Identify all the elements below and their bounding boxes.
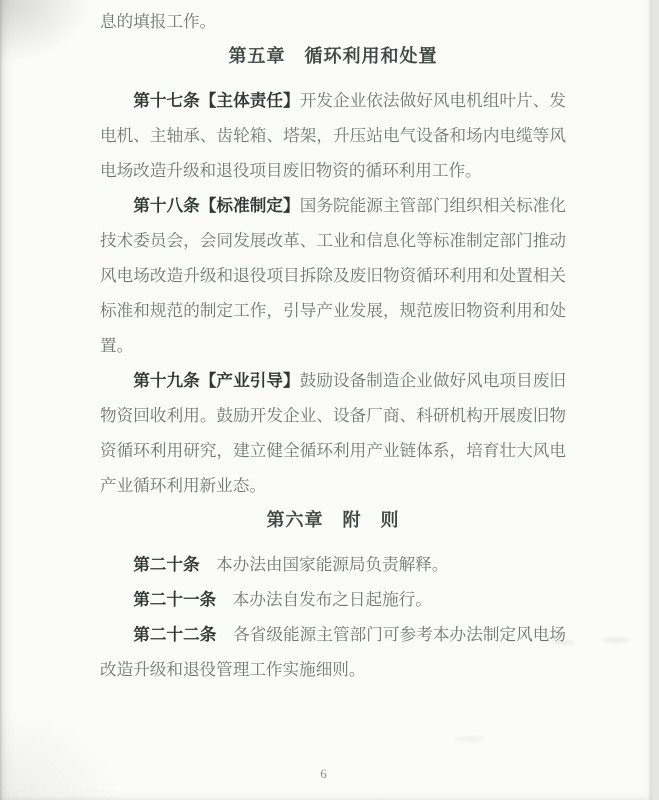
article-17-lead: 第十七条【主体责任】 bbox=[133, 91, 300, 110]
page-number: 6 bbox=[0, 766, 647, 782]
article-17-paragraph: 第十七条【主体责任】开发企业依法做好风电机组叶片、发电机、主轴承、齿轮箱、塔架，… bbox=[100, 83, 566, 188]
chapter6-heading: 第六章 附 则 bbox=[100, 503, 566, 538]
article-22-lead: 第二十二条 bbox=[133, 625, 216, 644]
scanned-document-page: 息的填报工作。 第五章 循环利用和处置 第十七条【主体责任】开发企业依法做好风电… bbox=[0, 0, 659, 800]
article-21-paragraph: 第二十一条 本办法自发布之日起施行。 bbox=[100, 582, 566, 617]
article-21-body: 本办法自发布之日起施行。 bbox=[216, 590, 432, 609]
article-20-body: 本办法由国家能源局负责解释。 bbox=[200, 555, 449, 574]
article-19-paragraph: 第十九条【产业引导】鼓励设备制造企业做好风电项目废旧物资回收利用。鼓励开发企业、… bbox=[100, 363, 566, 503]
article-22-paragraph: 第二十二条 各省级能源主管部门可参考本办法制定风电场改造升级和退役管理工作实施细… bbox=[100, 617, 566, 687]
article-21-lead: 第二十一条 bbox=[133, 590, 216, 609]
article-19-lead: 第十九条【产业引导】 bbox=[133, 371, 300, 390]
article-20-lead: 第二十条 bbox=[133, 555, 199, 574]
chapter5-heading: 第五章 循环利用和处置 bbox=[100, 39, 566, 74]
article-18-paragraph: 第十八条【标准制定】国务院能源主管部门组织相关标准化技术委员会，会同发展改革、工… bbox=[100, 188, 566, 363]
document-text-block: 息的填报工作。 第五章 循环利用和处置 第十七条【主体责任】开发企业依法做好风电… bbox=[100, 4, 566, 687]
photo-smudge bbox=[455, 737, 485, 741]
article-18-lead: 第十八条【标准制定】 bbox=[133, 196, 300, 215]
article-20-paragraph: 第二十条 本办法由国家能源局负责解释。 bbox=[100, 547, 566, 582]
continuation-paragraph: 息的填报工作。 bbox=[100, 4, 566, 39]
article-18-body: 国务院能源主管部门组织相关标准化技术委员会，会同发展改革、工业和信息化等标准制定… bbox=[100, 196, 566, 355]
photo-smudge bbox=[603, 638, 629, 642]
photo-smudge bbox=[552, 641, 574, 644]
